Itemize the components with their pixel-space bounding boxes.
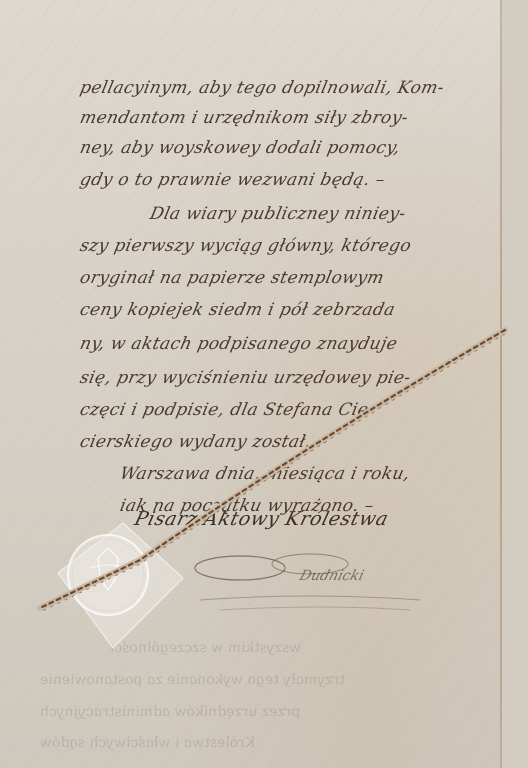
- ghost-line: przez urzędników administracyjnych: [39, 704, 302, 720]
- embossed-seal-icon: [38, 518, 188, 658]
- text-line: ny, w aktach podpisanego znayduje: [78, 334, 399, 354]
- text-line: ceny kopiejek siedm i pół zebrzada: [78, 300, 397, 320]
- text-line: pellacyinym, aby tego dopilnowali, Kom-: [78, 78, 446, 98]
- document-page: wszystkim w szczególności trzymały tego …: [0, 0, 528, 768]
- text-line: oryginał na papierze stemplowym: [78, 268, 386, 288]
- ghost-line: Królestwa i właściwych sądów: [39, 735, 257, 751]
- text-line: Dla wiary publiczney niniey-: [148, 204, 408, 224]
- text-line: cierskiego wydany został. –: [78, 432, 328, 452]
- text-line: się, przy wyciśnieniu urzędowey pie-: [78, 368, 413, 388]
- signature-name: Dudnicki: [298, 568, 366, 584]
- text-line: ney, aby woyskowey dodali pomocy,: [78, 138, 402, 158]
- text-line: szy pierwszy wyciąg główny, którego: [78, 236, 413, 256]
- text-line: gdy o to prawnie wezwani będą. –: [78, 170, 387, 190]
- text-line: Warszawa dnia, miesiąca i roku,: [118, 464, 412, 484]
- ghost-line: trzymały tego wykonanie za postanowienie: [39, 672, 347, 688]
- text-line: mendantom i urzędnikom siły zbroy-: [78, 108, 410, 128]
- right-margin-strip: [502, 0, 528, 768]
- text-line: częci i podpisie, dla Stefana Cie-: [78, 400, 377, 420]
